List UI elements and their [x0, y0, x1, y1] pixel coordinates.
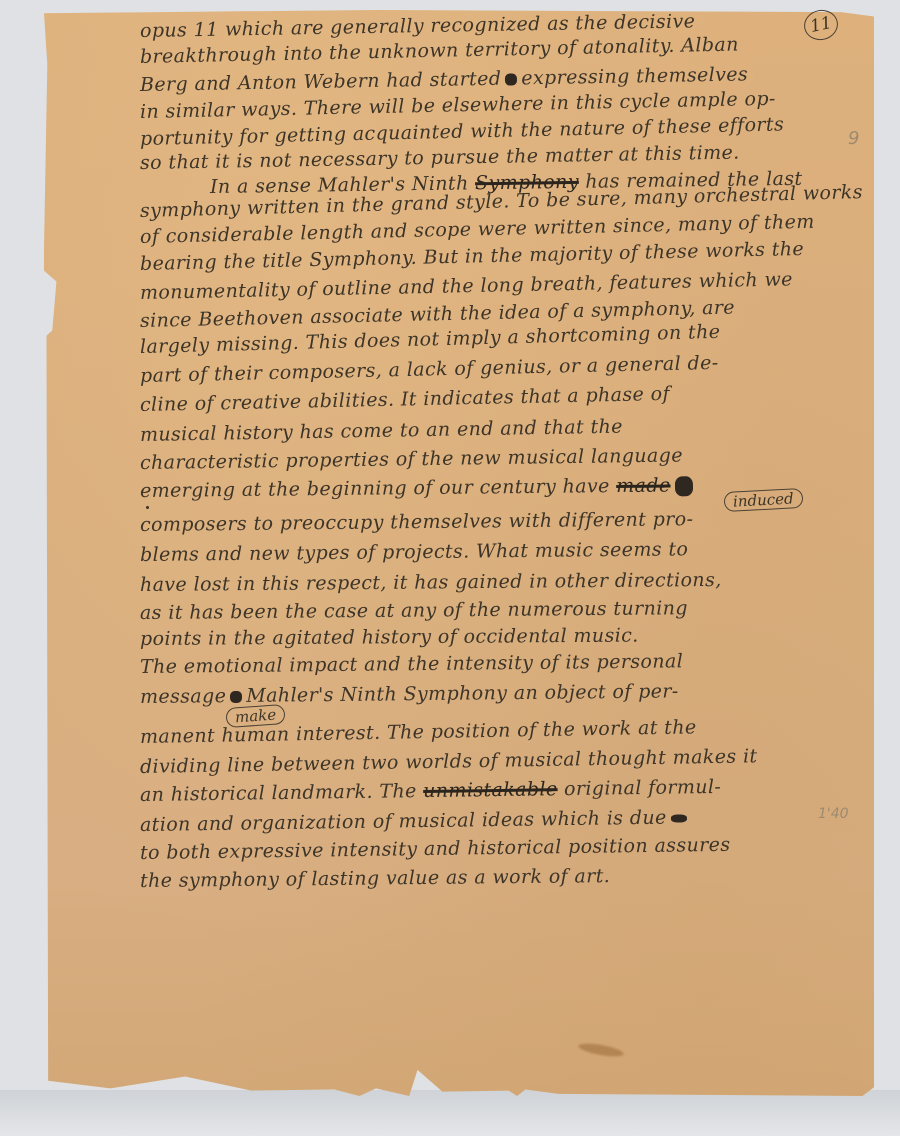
pencil-margin-note-top: 9: [848, 128, 859, 149]
text-segment: original formul-: [564, 776, 722, 800]
ink-blot-correction: [671, 814, 687, 822]
ink-blot-correction: [505, 73, 517, 85]
text-segment: message: [140, 685, 227, 708]
text-segment: expressing themselves: [521, 63, 748, 89]
struck-word: made: [616, 474, 671, 497]
scanner-background: [0, 1090, 900, 1136]
inserted-word-induced: induced: [724, 488, 804, 512]
pencil-margin-note-bottom: 1'40: [818, 806, 849, 822]
ink-dot: [146, 506, 149, 509]
text-segment: an historical landmark. The: [140, 780, 417, 806]
text-segment: Mahler's Ninth Symphony an object of per…: [246, 680, 679, 707]
ink-blot-correction: [674, 476, 692, 496]
struck-word: unmistakable: [423, 778, 558, 802]
ink-blot-correction: [230, 691, 242, 703]
text-line-23: points in the agitated history of occide…: [140, 625, 639, 650]
